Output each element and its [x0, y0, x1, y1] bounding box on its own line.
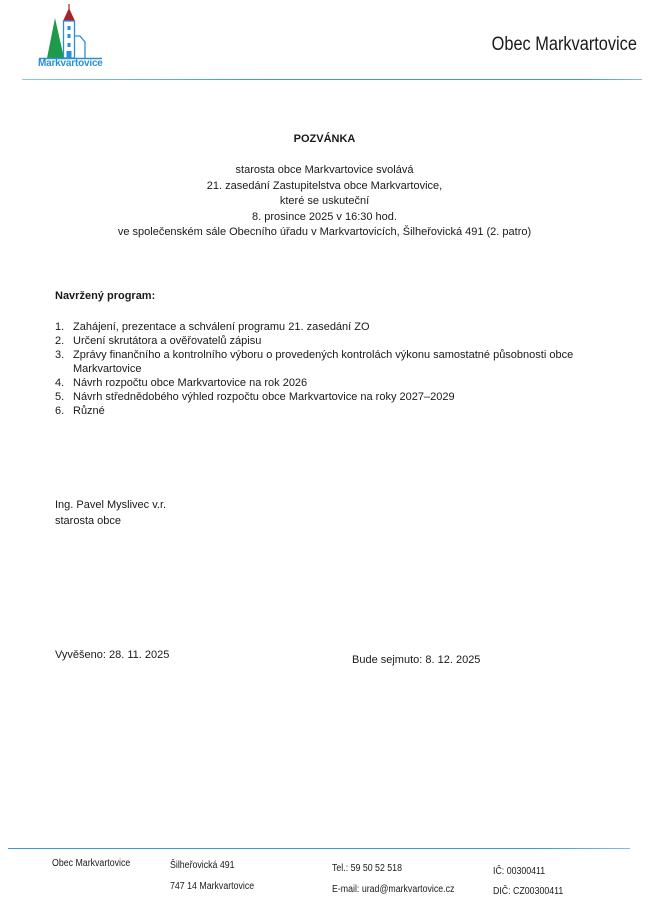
invitation-line: starosta obce Markvartovice svolává: [0, 163, 649, 179]
footer-ic: IČ: 00300411: [493, 866, 545, 877]
header-title: Obec Markvartovice: [492, 34, 637, 56]
program-item: 5.Návrh střednědobého výhled rozpočtu ob…: [55, 390, 615, 404]
invitation-text: starosta obce Markvartovice svolává 21. …: [0, 163, 649, 241]
signature-block: Ing. Pavel Myslivec v.r. starosta obce: [55, 497, 166, 529]
footer-street: Šilheřovická 491: [170, 860, 235, 871]
meeting-location: ve společenském sále Obecního úřadu v Ma…: [0, 225, 649, 241]
meeting-datetime: 8. prosince 2025 v 16:30 hod.: [0, 210, 649, 226]
program-title: Navržený program:: [55, 290, 155, 302]
signer-name: Ing. Pavel Myslivec v.r.: [55, 497, 166, 513]
item-number: 4.: [55, 376, 73, 390]
removal-date: Bude sejmuto: 8. 12. 2025: [352, 654, 480, 666]
footer-email: E-mail: urad@markvartovice.cz: [332, 884, 454, 895]
logo-text: Markvartovice: [38, 58, 103, 69]
item-text: Návrh rozpočtu obce Markvartovice na rok…: [73, 376, 615, 390]
document-heading: POZVÁNKA: [0, 133, 649, 145]
item-text: Zahájení, prezentace a schválení program…: [73, 320, 615, 334]
footer-divider: [8, 848, 630, 849]
invitation-line: které se uskuteční: [0, 194, 649, 210]
invitation-line: 21. zasedání Zastupitelstva obce Markvar…: [0, 179, 649, 195]
program-item: 6.Různé: [55, 404, 615, 418]
posted-date: Vyvěšeno: 28. 11. 2025: [55, 649, 169, 661]
item-number: 2.: [55, 334, 73, 348]
footer-name: Obec Markvartovice: [52, 858, 130, 869]
header-divider: [22, 79, 642, 80]
item-text: Návrh střednědobého výhled rozpočtu obce…: [73, 390, 615, 404]
footer-city: 747 14 Markvartovice: [170, 881, 254, 892]
program-item: 1.Zahájení, prezentace a schválení progr…: [55, 320, 615, 334]
footer-dic: DIČ: CZ00300411: [493, 886, 563, 897]
program-item: 3.Zprávy finančního a kontrolního výboru…: [55, 348, 615, 376]
program-item: 2.Určení skrutátora a ověřovatelů zápisu: [55, 334, 615, 348]
item-text: Zprávy finančního a kontrolního výboru o…: [73, 348, 615, 376]
item-text: Určení skrutátora a ověřovatelů zápisu: [73, 334, 615, 348]
item-text: Různé: [73, 404, 615, 418]
program-list: 1.Zahájení, prezentace a schválení progr…: [55, 320, 615, 418]
item-number: 3.: [55, 348, 73, 376]
program-item: 4.Návrh rozpočtu obce Markvartovice na r…: [55, 376, 615, 390]
item-number: 5.: [55, 390, 73, 404]
item-number: 1.: [55, 320, 73, 334]
item-number: 6.: [55, 404, 73, 418]
signer-role: starosta obce: [55, 513, 166, 529]
church-tree-icon: [38, 2, 104, 60]
footer-phone: Tel.: 59 50 52 518: [332, 863, 402, 874]
